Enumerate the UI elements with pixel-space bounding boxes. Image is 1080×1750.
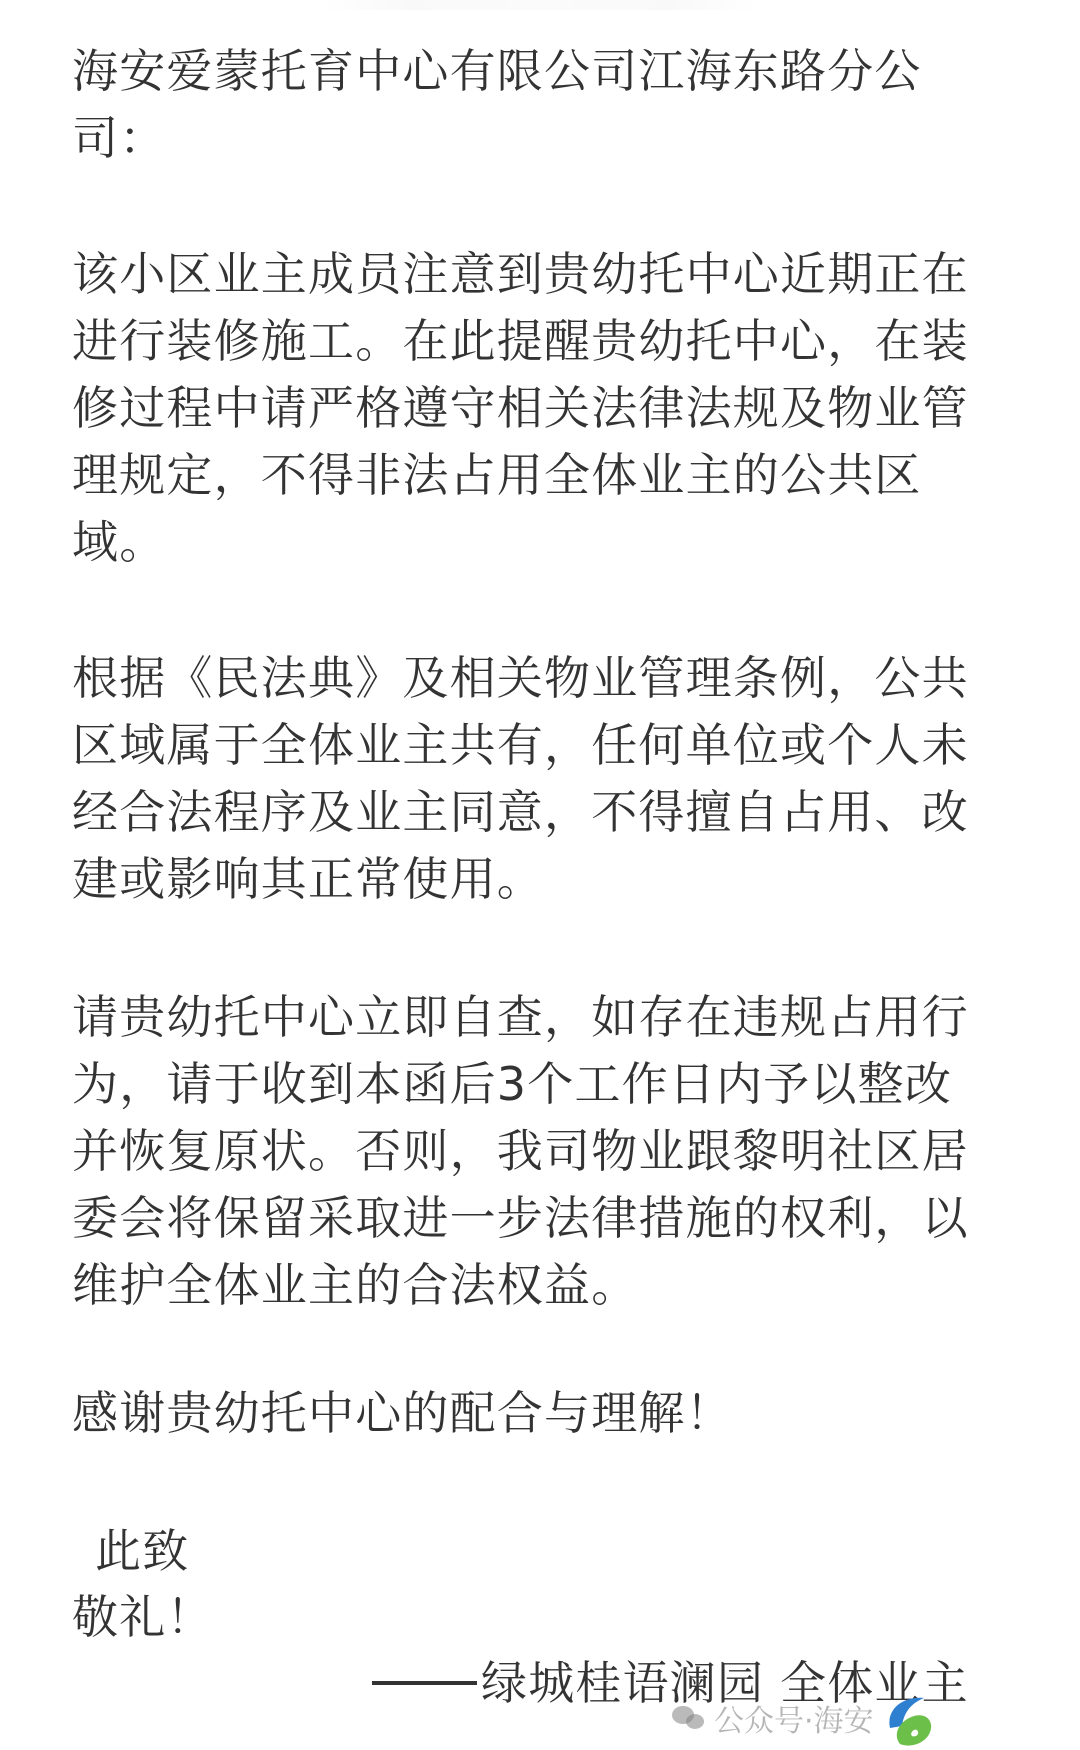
paragraph-line: 请贵幼托中心立即自查，如存在违规占用行 [72,984,1032,1051]
watermark: 公众号·海安 [672,1700,874,1736]
closing-jing-li: 敬礼！ [72,1584,1032,1651]
paragraph-line: 进行装修施工。在此提醒贵幼托中心，在装 [72,308,1032,375]
closing-text: 敬礼！ [72,1584,1032,1651]
salutation-line: 海安爱蒙托育中心有限公司江海东路分公 [72,38,1032,105]
paragraph-notice: 该小区业主成员注意到贵幼托中心近期正在 进行装修施工。在此提醒贵幼托中心，在装 … [72,241,1032,576]
top-crop-remnant [320,0,760,10]
salutation: 海安爱蒙托育中心有限公司江海东路分公 司： [72,38,1032,172]
paragraph-line: 区域属于全体业主共有，任何单位或个人未 [72,712,1032,779]
paragraph-line: 并恢复原状。否则，我司物业跟黎明社区居 [72,1118,1032,1185]
paragraph-legal-basis: 根据《民法典》及相关物业管理条例，公共 区域属于全体业主共有，任何单位或个人未 … [72,645,1032,913]
paragraph-line: 理规定，不得非法占用全体业主的公共区 [72,442,1032,509]
thanks-text: 感谢贵幼托中心的配合与理解！ [72,1380,1032,1447]
paragraph-line: 修过程中请严格遵守相关法律法规及物业管 [72,375,1032,442]
paragraph-line: 维护全体业主的合法权益。 [72,1252,1032,1319]
paragraph-line: 经合法程序及业主同意，不得擅自占用、改 [72,779,1032,846]
paragraph-line: 根据《民法典》及相关物业管理条例，公共 [72,645,1032,712]
paragraph-line: 该小区业主成员注意到贵幼托中心近期正在 [72,241,1032,308]
closing-ci-zhi: 此致 [95,1518,1055,1585]
thanks-line: 感谢贵幼托中心的配合与理解！ [72,1380,1032,1447]
paragraph-demand: 请贵幼托中心立即自查，如存在违规占用行 为，请于收到本函后3个工作日内予以整改 … [72,984,1032,1319]
paragraph-line: 为，请于收到本函后3个工作日内予以整改 [72,1051,1032,1118]
paragraph-line: 建或影响其正常使用。 [72,846,1032,913]
em-dash-divider [372,1681,477,1685]
paragraph-line: 域。 [72,509,1032,576]
wechat-icon [672,1704,706,1732]
watermark-text: 公众号·海安 [714,1696,874,1740]
logo-icon [880,1690,940,1750]
closing-text: 此致 [95,1518,1055,1585]
paragraph-line: 委会将保留采取进一步法律措施的权利，以 [72,1185,1032,1252]
salutation-line: 司： [72,105,1032,172]
